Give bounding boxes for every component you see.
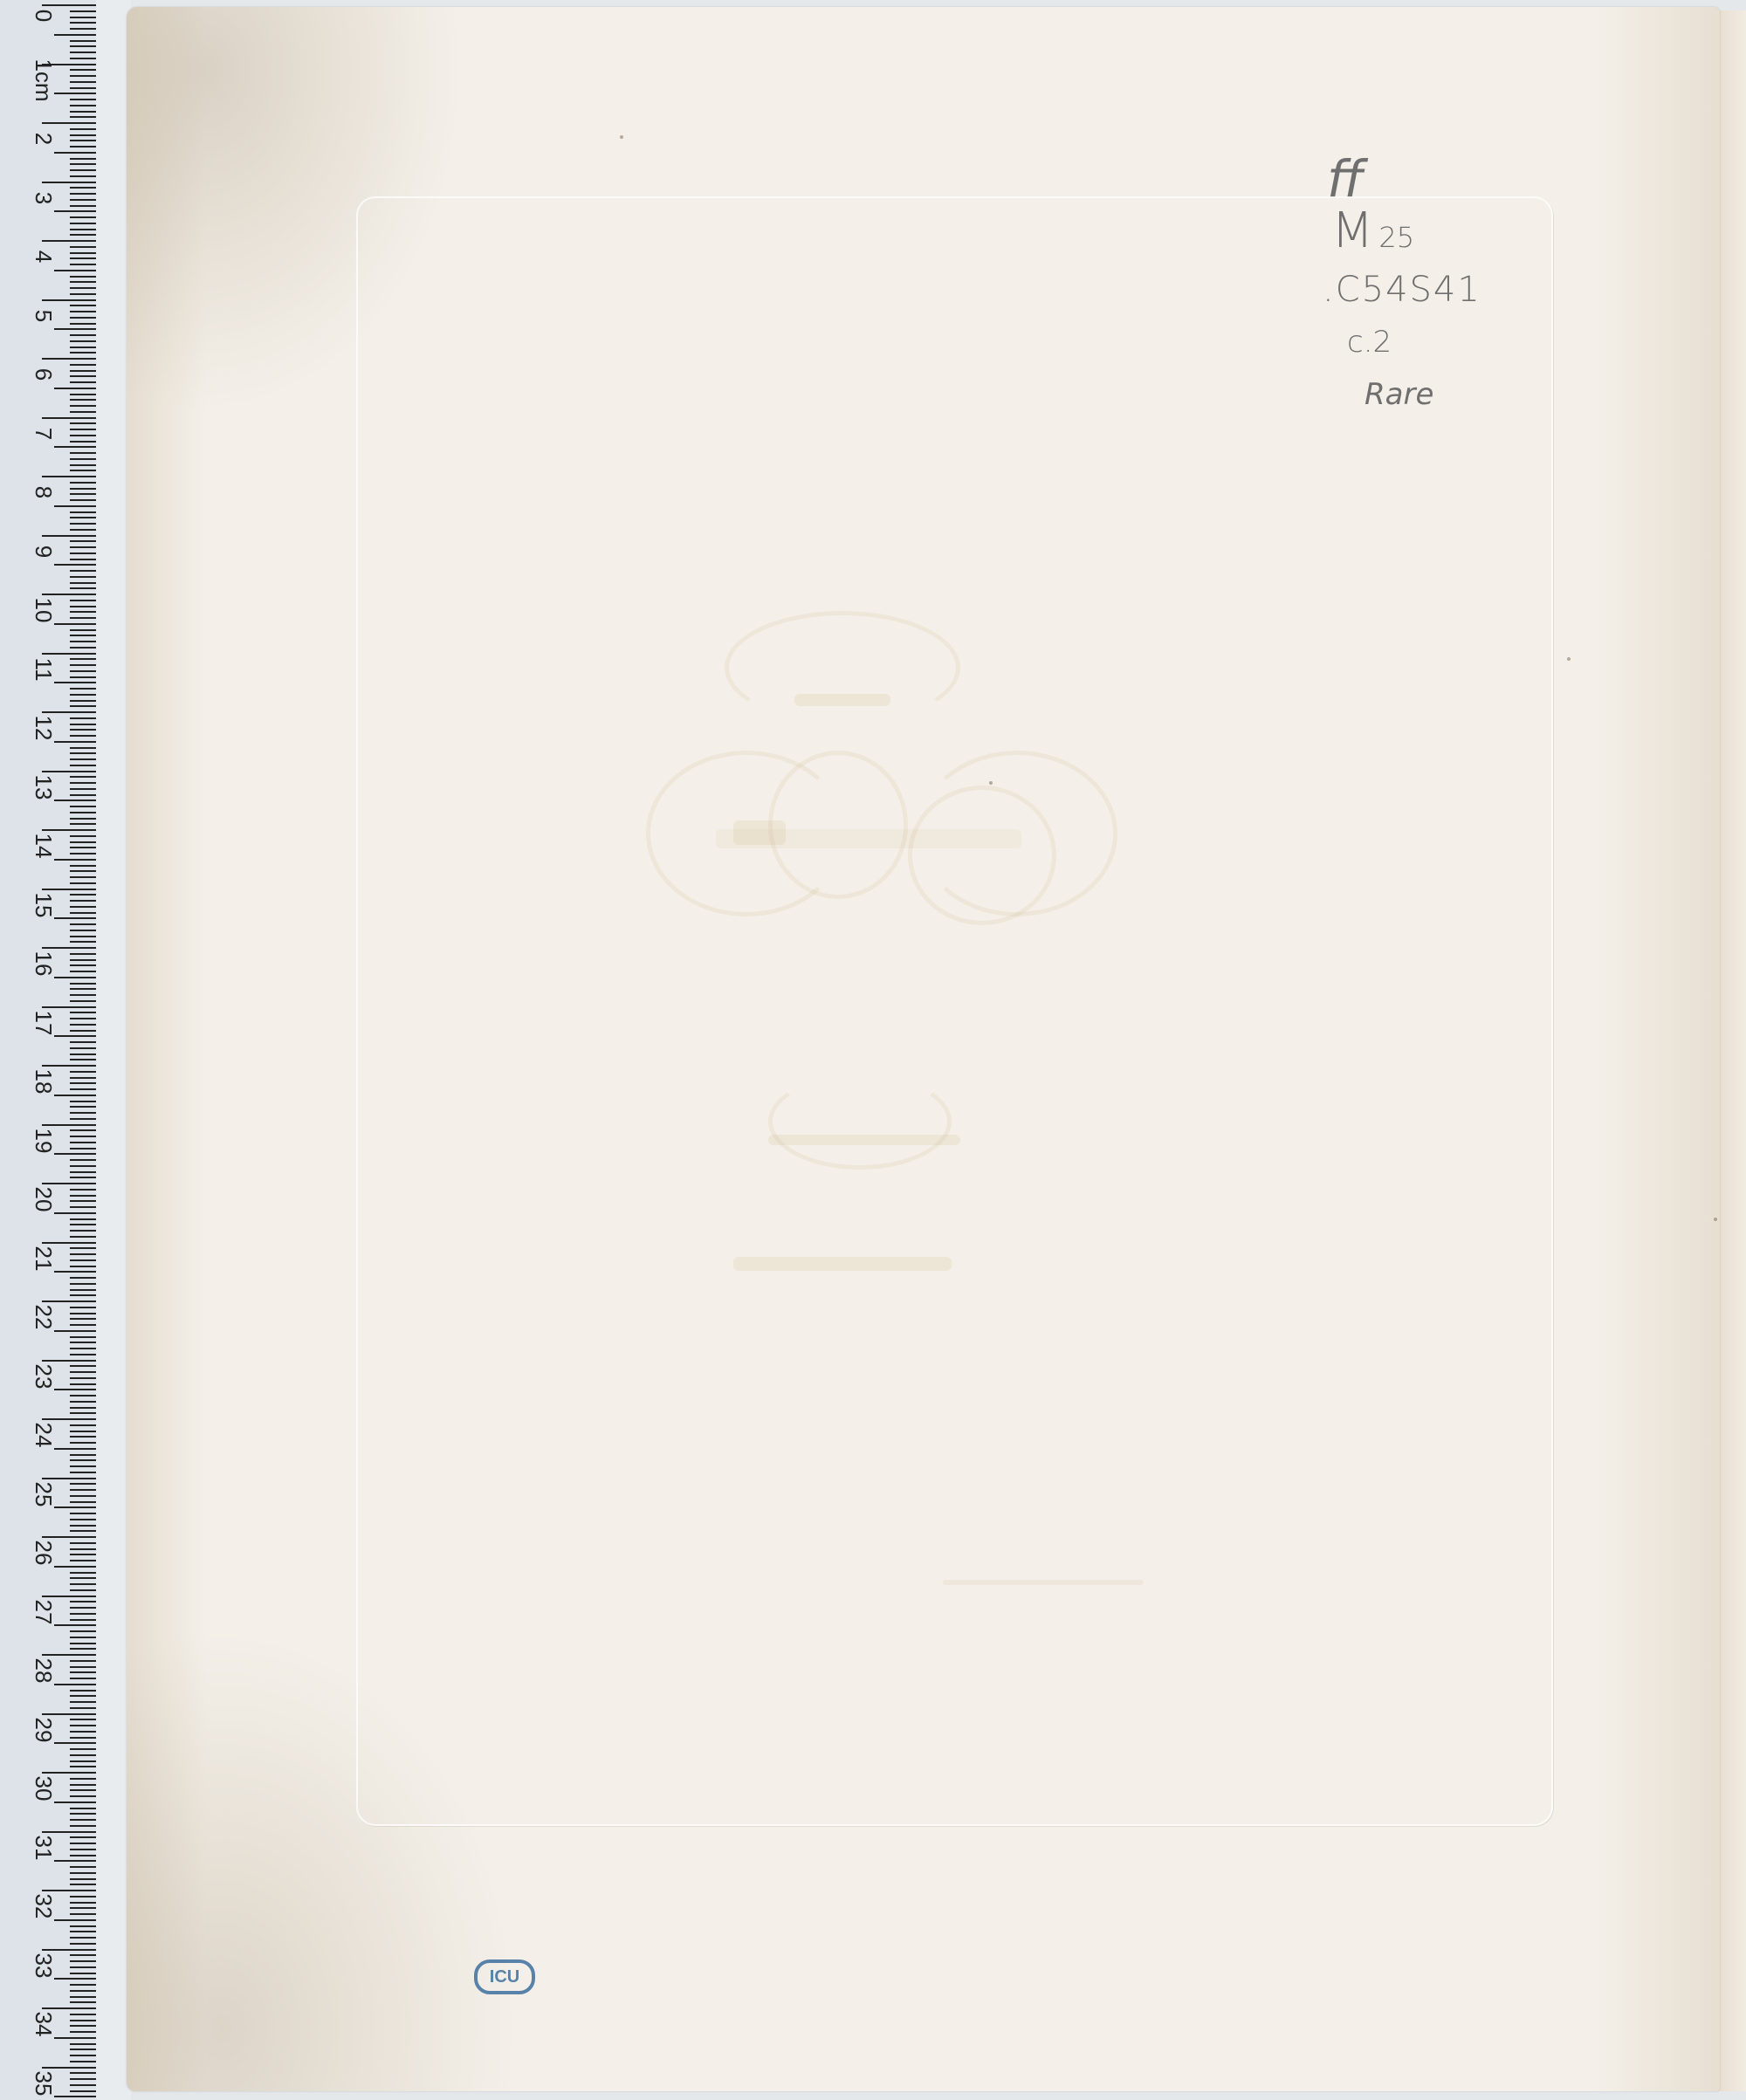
ruler-tick <box>70 105 96 106</box>
ruler-tick <box>70 1059 96 1060</box>
ruler-tick <box>70 2090 96 2092</box>
ruler-tick <box>70 1701 96 1703</box>
ruler-tick <box>70 923 96 925</box>
ruler-tick <box>70 2078 96 2080</box>
ruler-tick <box>70 1819 96 1821</box>
ruler-tick <box>70 1071 96 1073</box>
ruler-tick <box>70 900 96 902</box>
ruler-tick <box>70 876 96 878</box>
ruler-tick <box>54 800 96 801</box>
ruler-tick <box>70 717 96 719</box>
ruler-label: 11 <box>32 652 55 687</box>
ruler-tick <box>70 1324 96 1326</box>
call-number-collection: Rare <box>1364 368 1481 421</box>
paper-fleck <box>1567 657 1571 661</box>
ruler-tick <box>70 1866 96 1868</box>
ruler-tick <box>70 724 96 725</box>
ruler-label: 29 <box>32 1712 55 1747</box>
ruler-tick <box>70 323 96 325</box>
paper-fleck <box>620 135 623 139</box>
ruler-label: 17 <box>32 1005 55 1040</box>
ruler-tick <box>70 788 96 790</box>
ruler-tick <box>70 1789 96 1791</box>
ruler-tick <box>70 199 96 201</box>
ruler-tick <box>70 17 96 18</box>
library-ownership-stamp: ICU <box>474 1959 535 1994</box>
ruler-tick <box>70 823 96 825</box>
ruler-tick <box>70 794 96 796</box>
ruler-tick <box>70 1748 96 1750</box>
ruler-tick <box>70 1148 96 1150</box>
ruler-tick <box>70 765 96 766</box>
ruler-tick <box>70 264 96 265</box>
ruler-tick <box>70 1583 96 1585</box>
ruler-tick <box>70 1678 96 1679</box>
ruler-tick <box>70 1931 96 1932</box>
ruler-tick <box>70 75 96 77</box>
ruler-tick <box>54 1035 96 1037</box>
ruler-tick <box>54 1742 96 1744</box>
ruler-tick <box>70 458 96 460</box>
ruler-label: 9 <box>32 534 55 569</box>
ruler-tick <box>70 1294 96 1296</box>
ruler-tick <box>54 859 96 861</box>
ruler-tick <box>70 1024 96 1026</box>
ruler-tick <box>70 1289 96 1291</box>
ruler-tick <box>70 606 96 607</box>
ruler-tick <box>70 1365 96 1367</box>
ruler-tick <box>54 917 96 919</box>
ruler-tick <box>70 647 96 649</box>
ruler-tick <box>70 705 96 707</box>
ruler-tick <box>70 193 96 195</box>
ruler-tick <box>54 93 96 94</box>
ruler-tick <box>70 1082 96 1084</box>
ruler-tick <box>70 381 96 383</box>
ruler-tick <box>70 1307 96 1308</box>
ruler-tick <box>70 1525 96 1527</box>
ruler-tick <box>70 2020 96 2021</box>
ruler-label: 25 <box>32 1477 55 1512</box>
ruler-tick <box>70 2084 96 2086</box>
ruler-tick <box>70 1542 96 1544</box>
ruler-tick <box>70 1572 96 1574</box>
ruler-tick <box>70 941 96 943</box>
ruler-tick <box>54 977 96 978</box>
ruler-label: 8 <box>32 475 55 510</box>
scanner-bed-gap <box>96 0 131 2100</box>
ruler-label: 22 <box>32 1300 55 1335</box>
call-number-line-2: M25 <box>1331 205 1481 264</box>
ruler-tick <box>54 1860 96 1862</box>
ruler-tick <box>70 81 96 83</box>
ruler-tick <box>70 205 96 207</box>
ruler-tick <box>70 1843 96 1844</box>
ruler-tick <box>70 1884 96 1885</box>
ruler-tick <box>70 700 96 702</box>
ruler-tick <box>70 2049 96 2050</box>
ruler-tick <box>70 281 96 283</box>
ruler-tick <box>70 1348 96 1349</box>
ruler-tick <box>70 1725 96 1726</box>
ruler-tick <box>54 34 96 36</box>
ruler-tick <box>70 658 96 660</box>
ruler-tick <box>70 546 96 548</box>
ruler-tick <box>70 1041 96 1043</box>
ruler-label: 12 <box>32 710 55 745</box>
ruler-tick <box>70 352 96 353</box>
ruler-tick <box>70 1236 96 1238</box>
ruler-tick <box>54 741 96 743</box>
ruler-tick <box>70 1342 96 1343</box>
ruler-tick <box>70 1436 96 1438</box>
ruler-label: 35 <box>32 2066 55 2100</box>
ruler-tick <box>70 1383 96 1385</box>
ruler-tick <box>54 505 96 507</box>
ruler-tick <box>70 1619 96 1621</box>
ruler-tick <box>70 1855 96 1856</box>
ruler-label: 30 <box>32 1771 55 1806</box>
ruler-tick <box>70 1465 96 1467</box>
ruler-tick <box>70 1101 96 1102</box>
ruler-tick <box>70 111 96 113</box>
ruler-tick <box>70 664 96 666</box>
ruler-tick <box>70 10 96 12</box>
ruler-tick <box>70 1737 96 1739</box>
ruler-label: 14 <box>32 828 55 863</box>
ruler-tick <box>70 1666 96 1668</box>
ruler-tick <box>54 1212 96 1214</box>
ruler-label: 4 <box>32 239 55 274</box>
measuring-ruler: 01cm234567891011121314151617181920212223… <box>0 0 98 2100</box>
ruler-tick <box>70 930 96 931</box>
ruler-tick <box>70 559 96 560</box>
ruler-tick <box>70 576 96 578</box>
ruler-tick <box>70 1795 96 1797</box>
ruler-tick <box>70 841 96 843</box>
ruler-tick <box>70 617 96 619</box>
ruler-tick <box>70 1501 96 1503</box>
ruler-tick <box>70 735 96 737</box>
ruler-tick <box>70 1766 96 1767</box>
ruler-tick <box>54 1506 96 1508</box>
ruler-label: 34 <box>32 2007 55 2042</box>
ruler-tick <box>70 1395 96 1397</box>
ruler-tick <box>54 1448 96 1450</box>
ruler-tick <box>70 812 96 813</box>
ruler-tick <box>54 2096 96 2097</box>
ruler-tick <box>70 782 96 784</box>
ruler-tick <box>70 818 96 820</box>
ruler-tick <box>70 28 96 30</box>
ruler-tick <box>70 523 96 525</box>
ruler-tick <box>70 517 96 518</box>
ruler-tick <box>70 1643 96 1644</box>
ruler-tick <box>70 499 96 501</box>
ruler-tick <box>70 257 96 259</box>
ruler-tick <box>70 1913 96 1915</box>
ruler-tick <box>70 676 96 678</box>
ruler-tick <box>70 1047 96 1049</box>
ruler-label: 26 <box>32 1535 55 1570</box>
ruler-tick <box>70 1973 96 1974</box>
ruler-tick <box>70 1784 96 1786</box>
ruler-tick <box>70 223 96 224</box>
ruler-tick <box>70 51 96 53</box>
ruler-tick <box>54 1389 96 1390</box>
ruler-tick <box>70 1371 96 1373</box>
ruler-tick <box>70 305 96 306</box>
ruler-tick <box>70 340 96 342</box>
ruler-tick <box>70 1407 96 1409</box>
ruler-tick <box>70 971 96 972</box>
ruler-tick <box>70 1984 96 1986</box>
ruler-tick <box>54 210 96 212</box>
ruler-tick <box>70 1277 96 1279</box>
ruler-tick <box>70 1165 96 1167</box>
ruler-tick <box>70 1954 96 1956</box>
ruler-tick <box>70 429 96 430</box>
ruler-tick <box>70 1171 96 1173</box>
ruler-label: 5 <box>32 299 55 333</box>
ruler-tick <box>70 1554 96 1555</box>
ruler-tick <box>70 1519 96 1520</box>
ruler-tick <box>70 187 96 189</box>
ruler-tick <box>70 1129 96 1131</box>
ruler-tick <box>70 894 96 896</box>
ruler-tick <box>54 1684 96 1685</box>
ruler-tick <box>70 1336 96 1338</box>
call-number-class-number: 25 <box>1378 221 1414 254</box>
ruler-tick <box>70 452 96 454</box>
call-number-class: M <box>1331 202 1373 259</box>
ruler-tick <box>70 1825 96 1827</box>
ruler-tick <box>70 1808 96 1809</box>
ruler-tick <box>70 293 96 295</box>
ruler-tick <box>70 1106 96 1108</box>
ruler-tick <box>70 1836 96 1838</box>
ruler-tick <box>54 1271 96 1273</box>
ruler-tick <box>70 1401 96 1403</box>
ruler-tick <box>70 1377 96 1379</box>
ruler-tick <box>70 670 96 672</box>
ruler-tick <box>70 1253 96 1255</box>
ruler-tick <box>54 682 96 683</box>
ruler-tick <box>70 146 96 148</box>
ruler-tick <box>54 270 96 271</box>
ruler-tick <box>54 388 96 389</box>
ruler-label: 13 <box>32 770 55 805</box>
pencil-call-number: ff M25 .C54S41 c.2 Rare <box>1323 153 1481 421</box>
ruler-tick <box>70 1630 96 1632</box>
ruler-tick <box>54 1566 96 1568</box>
ruler-tick <box>70 611 96 613</box>
ruler-tick <box>70 635 96 636</box>
ruler-tick <box>70 1902 96 1904</box>
ruler-tick <box>70 1077 96 1079</box>
ruler-tick <box>70 2025 96 2027</box>
ruler-tick <box>70 169 96 171</box>
ruler-tick <box>70 422 96 424</box>
ruler-tick <box>70 688 96 690</box>
ruler-tick <box>70 163 96 165</box>
ruler-tick <box>70 1472 96 1473</box>
ruler-tick <box>70 2072 96 2074</box>
ruler-tick <box>70 1412 96 1414</box>
ruler-tick <box>70 1483 96 1485</box>
ruler-label: 15 <box>32 888 55 923</box>
ruler-tick <box>70 1118 96 1120</box>
ruler-tick <box>70 1200 96 1202</box>
ruler-tick <box>70 87 96 89</box>
ruler-tick <box>70 229 96 230</box>
ruler-tick <box>70 1206 96 1208</box>
ruler-tick <box>70 752 96 754</box>
ruler-tick <box>70 276 96 278</box>
ruler-tick <box>70 128 96 130</box>
ruler-tick <box>54 1978 96 1980</box>
ruler-tick <box>70 1454 96 1456</box>
ruler-tick <box>70 1189 96 1191</box>
ruler-tick <box>70 45 96 47</box>
ruler-label: 33 <box>32 1948 55 1983</box>
ruler-tick <box>70 1318 96 1320</box>
ruler-tick <box>70 1990 96 1992</box>
ruler-tick <box>70 1247 96 1249</box>
paper-fleck <box>1714 1218 1717 1221</box>
ruler-tick <box>70 1754 96 1756</box>
ruler-tick <box>70 835 96 837</box>
ruler-tick <box>70 347 96 348</box>
ruler-tick <box>70 964 96 966</box>
ruler-tick <box>54 1624 96 1626</box>
ruler-tick <box>70 370 96 372</box>
ruler-tick <box>70 1589 96 1591</box>
ruler-tick <box>70 1136 96 1137</box>
ruler-tick <box>70 1442 96 1444</box>
ruler-tick <box>70 1459 96 1461</box>
ruler-tick <box>70 1937 96 1939</box>
ruler-label: 18 <box>32 1064 55 1099</box>
ruler-tick <box>70 1431 96 1432</box>
ruler-tick <box>70 582 96 584</box>
ruler-tick <box>70 1283 96 1285</box>
ruler-tick <box>70 1195 96 1197</box>
ruler-tick <box>70 806 96 807</box>
ruler-tick <box>70 69 96 71</box>
ruler-tick <box>70 853 96 854</box>
ruler-tick <box>70 776 96 778</box>
ruler-tick <box>70 1996 96 1998</box>
ruler-tick <box>70 216 96 218</box>
ruler-tick <box>70 399 96 401</box>
ruler-tick <box>70 758 96 760</box>
ruler-tick <box>70 570 96 572</box>
ruler-tick <box>70 2055 96 2056</box>
ruler-tick <box>70 1813 96 1815</box>
ruler-tick <box>70 847 96 848</box>
ruler-tick <box>70 1731 96 1733</box>
ruler-tick <box>70 1778 96 1780</box>
ruler-tick <box>70 1000 96 1002</box>
ruler-label: 20 <box>32 1182 55 1217</box>
ruler-tick <box>70 1648 96 1650</box>
ruler-tick <box>70 1530 96 1532</box>
paper-fleck <box>989 781 993 785</box>
ruler-tick <box>70 865 96 867</box>
ruler-tick <box>70 1224 96 1225</box>
call-number-copy: c.2 <box>1347 316 1481 368</box>
ruler-tick <box>70 1012 96 1013</box>
ruler-tick <box>70 99 96 100</box>
ruler-tick <box>70 747 96 749</box>
ruler-tick <box>70 493 96 495</box>
ruler-tick <box>70 1637 96 1638</box>
ruler-tick <box>70 1707 96 1709</box>
ruler-tick <box>70 870 96 872</box>
ruler-tick <box>70 1159 96 1161</box>
ruler-tick <box>70 470 96 471</box>
ruler-tick <box>70 375 96 377</box>
ruler-tick <box>70 1259 96 1261</box>
ruler-tick <box>70 1660 96 1662</box>
ruler-tick <box>70 511 96 513</box>
ruler-tick <box>70 1577 96 1579</box>
ruler-tick <box>70 906 96 908</box>
ruler-tick <box>70 1849 96 1850</box>
ruler-label: 31 <box>32 1830 55 1865</box>
ruler-tick <box>70 1943 96 1945</box>
ruler-label: 2 <box>32 121 55 156</box>
ruler-tick <box>70 317 96 319</box>
ruler-tick <box>70 1719 96 1720</box>
ruler-tick <box>70 2001 96 2003</box>
ruler-tick <box>70 1030 96 1032</box>
ruler-label: 19 <box>32 1123 55 1158</box>
ruler-tick <box>70 1112 96 1114</box>
ruler-tick <box>70 983 96 985</box>
ruler-tick <box>70 994 96 996</box>
ruler-label: 7 <box>32 416 55 451</box>
ruler-tick <box>70 641 96 642</box>
ruler-tick <box>70 140 96 141</box>
ruler-tick <box>70 1489 96 1491</box>
ruler-tick <box>70 441 96 443</box>
ruler-tick <box>54 152 96 154</box>
ruler-tick <box>70 1354 96 1355</box>
ruler-tick <box>70 2043 96 2045</box>
ruler-tick <box>54 564 96 566</box>
ruler-tick <box>70 1548 96 1550</box>
ruler-label: 16 <box>32 946 55 981</box>
ruler-tick <box>54 328 96 330</box>
ruler-tick <box>54 1153 96 1155</box>
ruler-tick <box>70 959 96 961</box>
ruler-tick <box>70 334 96 336</box>
ruler-tick <box>70 1218 96 1220</box>
ruler-tick <box>70 488 96 490</box>
ruler-tick <box>70 1230 96 1232</box>
ruler-tick <box>70 629 96 631</box>
ruler-tick <box>70 116 96 118</box>
ruler-tick <box>70 953 96 955</box>
ruler-tick <box>70 1966 96 1968</box>
ruler-label: 32 <box>32 1889 55 1924</box>
ruler-tick <box>70 1690 96 1692</box>
ruler-tick <box>70 1760 96 1762</box>
ruler-tick <box>54 623 96 625</box>
ruler-tick <box>70 234 96 236</box>
